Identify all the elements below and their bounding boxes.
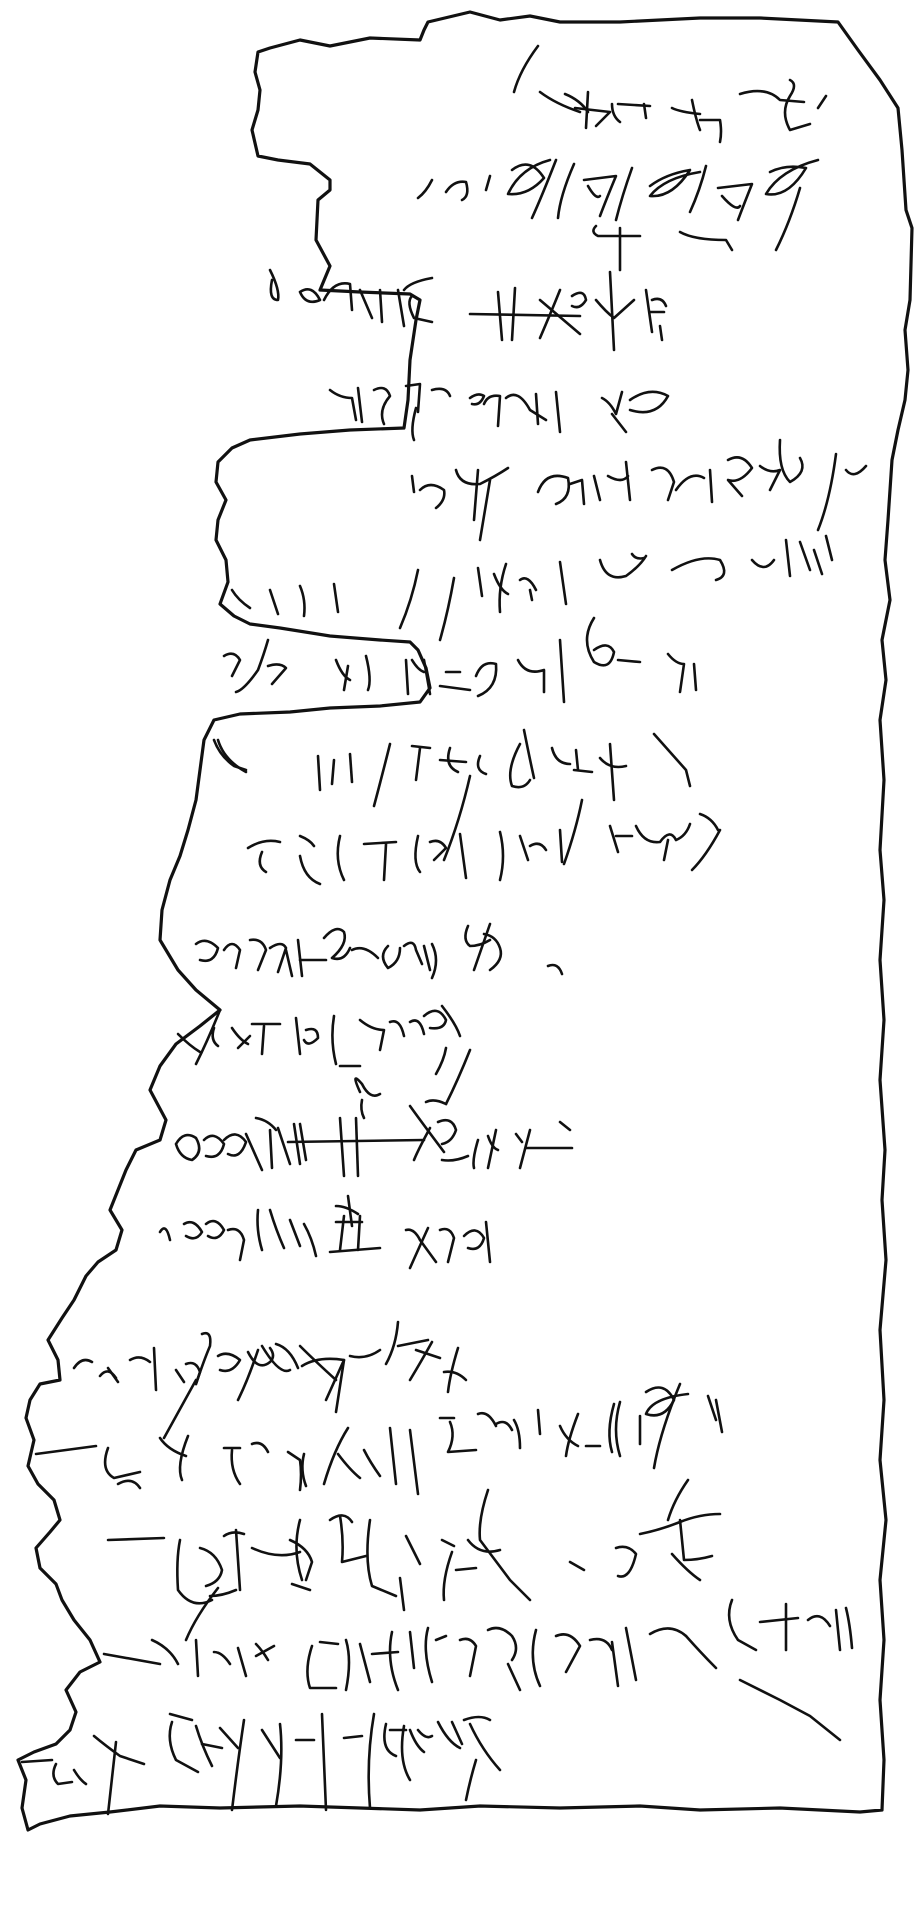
glyph-stroke bbox=[448, 1348, 458, 1392]
inscription-line-16 bbox=[108, 1480, 720, 1640]
glyph-stroke bbox=[618, 660, 640, 662]
glyph-stroke bbox=[680, 232, 732, 250]
glyph-stroke bbox=[292, 1584, 310, 1590]
glyph-stroke bbox=[410, 1021, 424, 1035]
glyph-stroke bbox=[846, 1608, 852, 1648]
glyph-stroke bbox=[668, 654, 684, 692]
glyph-stroke bbox=[278, 1128, 290, 1164]
glyph-stroke bbox=[220, 1728, 238, 1748]
glyph-stroke bbox=[448, 1422, 476, 1452]
glyph-stroke bbox=[498, 292, 502, 340]
glyph-stroke bbox=[444, 776, 470, 860]
glyph-stroke bbox=[740, 91, 804, 102]
inscription-line-14 bbox=[74, 1322, 466, 1438]
glyph-stroke bbox=[444, 1372, 466, 1380]
glyph-stroke bbox=[300, 586, 305, 616]
glyph-stroke bbox=[406, 660, 408, 694]
glyph-stroke bbox=[514, 1420, 520, 1448]
glyph-stroke bbox=[594, 476, 600, 500]
glyph-stroke bbox=[446, 1050, 470, 1104]
glyph-stroke bbox=[248, 841, 280, 848]
tablet-outline bbox=[18, 12, 912, 1830]
glyph-stroke bbox=[94, 1736, 144, 1764]
glyph-stroke bbox=[460, 1639, 476, 1676]
glyph-stroke bbox=[570, 480, 584, 504]
glyph-stroke bbox=[484, 934, 501, 970]
glyph-stroke bbox=[600, 758, 626, 767]
glyph-stroke bbox=[228, 1229, 244, 1260]
glyph-stroke bbox=[464, 1717, 490, 1720]
glyph-stroke bbox=[814, 550, 822, 574]
glyph-stroke bbox=[478, 568, 482, 596]
glyph-stroke bbox=[404, 278, 432, 290]
glyph-stroke bbox=[398, 1340, 428, 1346]
glyph-stroke bbox=[352, 948, 378, 958]
glyph-stroke bbox=[404, 943, 422, 964]
glyph-stroke bbox=[590, 1639, 612, 1650]
glyph-stroke bbox=[610, 744, 614, 800]
glyph-stroke bbox=[213, 1028, 218, 1046]
glyph-stroke bbox=[36, 1446, 96, 1454]
glyph-stroke bbox=[470, 394, 484, 404]
glyph-stroke bbox=[552, 748, 570, 764]
glyph-stroke bbox=[480, 480, 490, 540]
glyph-stroke bbox=[262, 1026, 264, 1054]
glyph-stroke bbox=[474, 470, 478, 520]
inscription-line-9 bbox=[248, 776, 720, 884]
glyph-stroke bbox=[360, 1644, 370, 1682]
glyph-stroke bbox=[176, 1370, 184, 1382]
glyph-stroke bbox=[340, 1118, 344, 1176]
glyph-stroke bbox=[476, 663, 496, 696]
glyph-stroke bbox=[418, 180, 432, 198]
glyph-stroke bbox=[300, 836, 314, 846]
glyph-stroke bbox=[760, 466, 780, 490]
glyph-stroke bbox=[224, 944, 240, 968]
glyph-stroke bbox=[402, 1726, 410, 1780]
glyph-stroke bbox=[587, 618, 614, 665]
inscription-line-4 bbox=[330, 384, 668, 440]
glyph-stroke bbox=[238, 1350, 258, 1400]
glyph-stroke bbox=[718, 184, 752, 220]
glyph-stroke bbox=[336, 1206, 358, 1214]
glyph-stroke bbox=[270, 270, 278, 300]
glyph-stroke bbox=[74, 1360, 92, 1368]
glyph-stroke bbox=[626, 462, 630, 500]
glyph-stroke bbox=[214, 1652, 230, 1664]
glyph-stroke bbox=[548, 965, 562, 974]
glyph-stroke bbox=[596, 300, 634, 318]
glyph-stroke bbox=[478, 1413, 496, 1426]
glyph-stroke bbox=[780, 440, 803, 482]
inscription-line-6 bbox=[232, 536, 832, 640]
glyph-stroke bbox=[593, 226, 640, 236]
glyph-stroke bbox=[184, 1222, 202, 1238]
glyph-stroke bbox=[440, 760, 466, 762]
glyph-stroke bbox=[332, 1016, 336, 1064]
glyph-stroke bbox=[300, 856, 320, 884]
glyph-stroke bbox=[444, 1552, 452, 1600]
glyph-stroke bbox=[432, 389, 450, 396]
glyph-stroke bbox=[74, 1770, 86, 1784]
glyph-stroke bbox=[636, 824, 690, 842]
glyph-stroke bbox=[232, 1450, 240, 1484]
glyph-stroke bbox=[380, 290, 382, 322]
glyph-stroke bbox=[716, 1400, 722, 1432]
glyph-stroke bbox=[652, 299, 666, 306]
glyph-stroke bbox=[360, 290, 372, 318]
glyph-stroke bbox=[460, 834, 466, 878]
glyph-stroke bbox=[466, 1760, 476, 1800]
glyph-stroke bbox=[324, 1428, 348, 1484]
glyph-stroke bbox=[170, 1714, 192, 1720]
glyph-stroke bbox=[560, 640, 564, 702]
glyph-stroke bbox=[154, 1348, 156, 1390]
glyph-stroke bbox=[256, 1118, 276, 1130]
glyph-stroke bbox=[694, 664, 696, 690]
glyph-stroke bbox=[676, 476, 704, 490]
glyph-stroke bbox=[612, 1642, 618, 1686]
glyph-stroke bbox=[202, 1744, 222, 1748]
glyph-stroke bbox=[307, 1646, 336, 1688]
glyph-stroke bbox=[372, 1652, 398, 1654]
glyph-stroke bbox=[514, 46, 538, 92]
glyph-stroke bbox=[785, 80, 810, 130]
glyph-stroke bbox=[576, 750, 578, 770]
glyph-stroke bbox=[232, 1720, 244, 1810]
glyph-stroke bbox=[836, 1610, 840, 1650]
glyph-stroke bbox=[416, 748, 420, 780]
glyph-stroke bbox=[366, 656, 370, 690]
glyph-stroke bbox=[646, 1388, 688, 1416]
glyph-stroke bbox=[344, 1736, 362, 1738]
glyph-stroke bbox=[426, 1100, 446, 1104]
glyph-stroke bbox=[456, 468, 508, 484]
glyph-stroke bbox=[232, 590, 250, 608]
glyph-stroke bbox=[390, 1021, 404, 1036]
glyph-stroke bbox=[668, 1480, 688, 1520]
glyph-stroke bbox=[776, 188, 800, 250]
glyph-stroke bbox=[412, 408, 416, 440]
glyph-stroke bbox=[334, 584, 338, 612]
glyph-stroke bbox=[369, 1714, 374, 1808]
glyph-stroke bbox=[474, 924, 490, 970]
glyph-stroke bbox=[204, 1136, 224, 1157]
glyph-stroke bbox=[486, 1222, 490, 1262]
glyph-stroke bbox=[478, 756, 486, 774]
glyph-stroke bbox=[570, 1562, 584, 1570]
glyph-stroke bbox=[760, 1618, 798, 1622]
glyph-stroke bbox=[818, 454, 836, 530]
glyph-stroke bbox=[296, 1520, 302, 1580]
glyph-stroke bbox=[612, 104, 620, 122]
glyph-stroke bbox=[692, 830, 720, 870]
glyph-stroke bbox=[300, 289, 320, 301]
glyph-stroke bbox=[320, 1642, 338, 1644]
inscription-line-15 bbox=[36, 1384, 722, 1494]
glyph-stroke bbox=[506, 395, 546, 420]
glyph-stroke bbox=[438, 1120, 456, 1144]
glyph-stroke bbox=[356, 1118, 358, 1176]
inscription-line-8 bbox=[214, 730, 690, 806]
glyph-stroke bbox=[238, 1648, 246, 1676]
glyph-stroke bbox=[480, 1490, 530, 1600]
glyph-stroke bbox=[252, 1443, 268, 1452]
inscription-line-11 bbox=[178, 1006, 470, 1104]
glyph-stroke bbox=[412, 476, 414, 492]
glyph-stroke bbox=[500, 832, 503, 880]
glyph-stroke bbox=[324, 929, 350, 959]
glyph-stroke bbox=[330, 1248, 380, 1252]
glyph-stroke bbox=[516, 1134, 522, 1142]
glyph-stroke bbox=[486, 176, 490, 190]
glyph-stroke bbox=[414, 1128, 430, 1160]
glyph-stroke bbox=[350, 1350, 380, 1357]
glyph-stroke bbox=[218, 1354, 240, 1371]
glyph-stroke bbox=[406, 1536, 420, 1564]
glyph-stroke bbox=[270, 590, 278, 614]
inscription-line-3 bbox=[270, 270, 666, 350]
glyph-stroke bbox=[470, 314, 580, 316]
glyph-stroke bbox=[364, 842, 396, 844]
glyph-stroke bbox=[452, 1722, 462, 1744]
glyph-stroke bbox=[350, 754, 352, 782]
glyph-stroke bbox=[410, 1632, 414, 1668]
glyph-stroke bbox=[616, 1547, 636, 1577]
glyph-stroke bbox=[442, 1156, 468, 1161]
glyph-stroke bbox=[288, 1452, 301, 1490]
glyph-stroke bbox=[520, 836, 528, 860]
glyph-stroke bbox=[355, 1079, 380, 1096]
glyph-stroke bbox=[650, 1628, 686, 1636]
glyph-stroke bbox=[729, 1600, 756, 1650]
glyph-stroke bbox=[564, 800, 582, 864]
glyph-stroke bbox=[298, 940, 302, 976]
glyph-stroke bbox=[22, 1760, 52, 1762]
glyph-stroke bbox=[740, 1680, 840, 1740]
glyph-stroke bbox=[610, 826, 618, 852]
glyph-stroke bbox=[410, 1430, 418, 1494]
glyph-stroke bbox=[612, 414, 626, 432]
glyph-stroke bbox=[456, 1568, 476, 1570]
glyph-stroke bbox=[440, 578, 454, 640]
glyph-stroke bbox=[258, 1210, 263, 1250]
glyph-stroke bbox=[520, 578, 536, 590]
glyph-stroke bbox=[360, 1020, 384, 1050]
glyph-stroke bbox=[616, 1402, 620, 1456]
glyph-stroke bbox=[398, 290, 404, 326]
glyph-stroke bbox=[130, 1357, 150, 1362]
glyph-stroke bbox=[332, 760, 334, 784]
glyph-stroke bbox=[575, 108, 610, 126]
glyph-stroke bbox=[104, 1654, 160, 1664]
glyph-stroke bbox=[652, 468, 674, 500]
glyph-stroke bbox=[236, 1530, 240, 1590]
glyph-stroke bbox=[302, 1454, 306, 1486]
glyph-stroke bbox=[560, 830, 562, 862]
glyph-stroke bbox=[176, 1135, 199, 1160]
glyph-stroke bbox=[374, 744, 390, 806]
inscription bbox=[22, 46, 866, 1814]
glyph-stroke bbox=[424, 1011, 446, 1028]
glyph-stroke bbox=[538, 476, 569, 504]
glyph-stroke bbox=[105, 1448, 140, 1478]
glyph-stroke bbox=[118, 1481, 140, 1488]
glyph-stroke bbox=[426, 1628, 432, 1682]
glyph-stroke bbox=[430, 841, 446, 860]
glyph-stroke bbox=[442, 1540, 454, 1546]
glyph-stroke bbox=[250, 940, 266, 970]
glyph-stroke bbox=[728, 457, 752, 496]
glyph-stroke bbox=[196, 1333, 210, 1384]
glyph-stroke bbox=[650, 170, 700, 196]
glyph-stroke bbox=[152, 1640, 178, 1664]
glyph-stroke bbox=[270, 944, 286, 972]
glyph-stroke bbox=[200, 1548, 222, 1586]
glyph-stroke bbox=[296, 1018, 300, 1054]
glyph-stroke bbox=[530, 844, 546, 850]
glyph-stroke bbox=[588, 186, 600, 197]
glyph-stroke bbox=[383, 946, 400, 968]
glyph-stroke bbox=[626, 1628, 636, 1680]
glyph-stroke bbox=[346, 1640, 349, 1690]
inscription-line-13 bbox=[160, 1196, 490, 1268]
glyph-stroke bbox=[610, 272, 614, 350]
glyph-stroke bbox=[410, 1342, 432, 1380]
glyph-stroke bbox=[558, 164, 574, 218]
glyph-stroke bbox=[609, 1404, 614, 1452]
glyph-stroke bbox=[560, 562, 566, 604]
glyph-stroke bbox=[572, 293, 586, 307]
glyph-stroke bbox=[488, 1628, 516, 1660]
glyph-stroke bbox=[330, 390, 356, 420]
glyph-stroke bbox=[318, 756, 320, 790]
glyph-stroke bbox=[390, 1632, 398, 1690]
glyph-stroke bbox=[358, 388, 362, 422]
glyph-stroke bbox=[170, 1722, 198, 1772]
glyph-stroke bbox=[632, 554, 644, 559]
glyph-stroke bbox=[390, 1428, 396, 1484]
glyph-stroke bbox=[304, 1224, 316, 1256]
glyph-stroke bbox=[338, 1454, 360, 1478]
inscription-line-5 bbox=[412, 440, 866, 540]
glyph-stroke bbox=[420, 485, 444, 508]
glyph-stroke bbox=[270, 1130, 272, 1168]
glyph-stroke bbox=[654, 734, 690, 786]
glyph-stroke bbox=[246, 1134, 262, 1170]
glyph-stroke bbox=[556, 1634, 580, 1672]
glyph-stroke bbox=[672, 1554, 700, 1580]
glyph-stroke bbox=[270, 1210, 284, 1248]
glyph-stroke bbox=[722, 196, 740, 208]
glyph-stroke bbox=[400, 570, 418, 628]
inscription-line-10 bbox=[196, 924, 562, 978]
glyph-stroke bbox=[533, 1630, 540, 1686]
glyph-stroke bbox=[616, 168, 632, 220]
glyph-stroke bbox=[410, 1106, 444, 1152]
glyph-stroke bbox=[322, 1714, 326, 1810]
glyph-stroke bbox=[654, 1384, 680, 1468]
glyph-stroke bbox=[664, 840, 668, 860]
glyph-stroke bbox=[262, 1730, 280, 1758]
glyph-stroke bbox=[206, 1221, 224, 1238]
glyph-stroke bbox=[524, 730, 534, 778]
inscription-line-18 bbox=[22, 1714, 500, 1814]
glyph-stroke bbox=[268, 664, 286, 684]
glyph-stroke bbox=[236, 640, 268, 692]
glyph-stroke bbox=[361, 1100, 364, 1118]
glyph-stroke bbox=[384, 844, 386, 880]
glyph-stroke bbox=[386, 1322, 398, 1364]
glyph-stroke bbox=[518, 660, 544, 692]
glyph-stroke bbox=[602, 392, 622, 414]
glyph-stroke bbox=[286, 950, 292, 976]
glyph-stroke bbox=[752, 560, 774, 567]
glyph-stroke bbox=[496, 1422, 512, 1430]
glyph-stroke bbox=[608, 476, 628, 480]
glyph-stroke bbox=[700, 814, 718, 830]
glyph-stroke bbox=[574, 770, 592, 772]
glyph-stroke bbox=[556, 392, 560, 432]
glyph-stroke bbox=[436, 1048, 446, 1074]
glyph-stroke bbox=[196, 1640, 198, 1676]
glyph-stroke bbox=[256, 1644, 268, 1660]
inscription-line-12 bbox=[176, 1079, 572, 1176]
glyph-stroke bbox=[108, 1368, 118, 1382]
glyph-stroke bbox=[766, 160, 818, 194]
tablet-drawing bbox=[0, 0, 916, 1920]
glyph-stroke bbox=[440, 1229, 454, 1262]
glyph-stroke bbox=[808, 1616, 830, 1626]
glyph-stroke bbox=[196, 941, 218, 961]
glyph-stroke bbox=[432, 944, 436, 978]
glyph-stroke bbox=[686, 1636, 716, 1668]
glyph-stroke bbox=[374, 388, 390, 424]
glyph-stroke bbox=[260, 852, 266, 872]
glyph-stroke bbox=[294, 1124, 300, 1164]
inscription-line-17 bbox=[104, 1600, 852, 1740]
glyph-stroke bbox=[324, 283, 352, 310]
glyph-stroke bbox=[540, 92, 580, 112]
glyph-stroke bbox=[160, 1228, 170, 1240]
glyph-stroke bbox=[290, 1220, 300, 1246]
glyph-stroke bbox=[108, 1538, 164, 1540]
glyph-stroke bbox=[418, 1730, 432, 1737]
glyph-stroke bbox=[224, 654, 240, 676]
glyph-stroke bbox=[474, 1140, 479, 1168]
glyph-stroke bbox=[826, 536, 832, 560]
glyph-stroke bbox=[288, 1140, 424, 1142]
glyph-stroke bbox=[424, 946, 430, 970]
glyph-stroke bbox=[786, 540, 790, 576]
glyph-stroke bbox=[538, 1410, 540, 1434]
glyph-stroke bbox=[508, 1664, 520, 1690]
glyph-stroke bbox=[530, 590, 532, 600]
glyph-stroke bbox=[400, 1578, 404, 1610]
glyph-stroke bbox=[436, 1636, 446, 1640]
glyph-stroke bbox=[252, 1548, 300, 1555]
glyph-stroke bbox=[224, 1532, 244, 1536]
glyph-stroke bbox=[338, 836, 344, 880]
glyph-stroke bbox=[464, 1230, 484, 1248]
glyph-stroke bbox=[276, 1344, 298, 1368]
glyph-stroke bbox=[710, 470, 712, 502]
glyph-stroke bbox=[440, 686, 470, 690]
glyph-stroke bbox=[164, 1380, 196, 1438]
glyph-stroke bbox=[536, 394, 538, 424]
glyph-stroke bbox=[53, 1764, 72, 1784]
glyph-stroke bbox=[224, 1134, 246, 1155]
